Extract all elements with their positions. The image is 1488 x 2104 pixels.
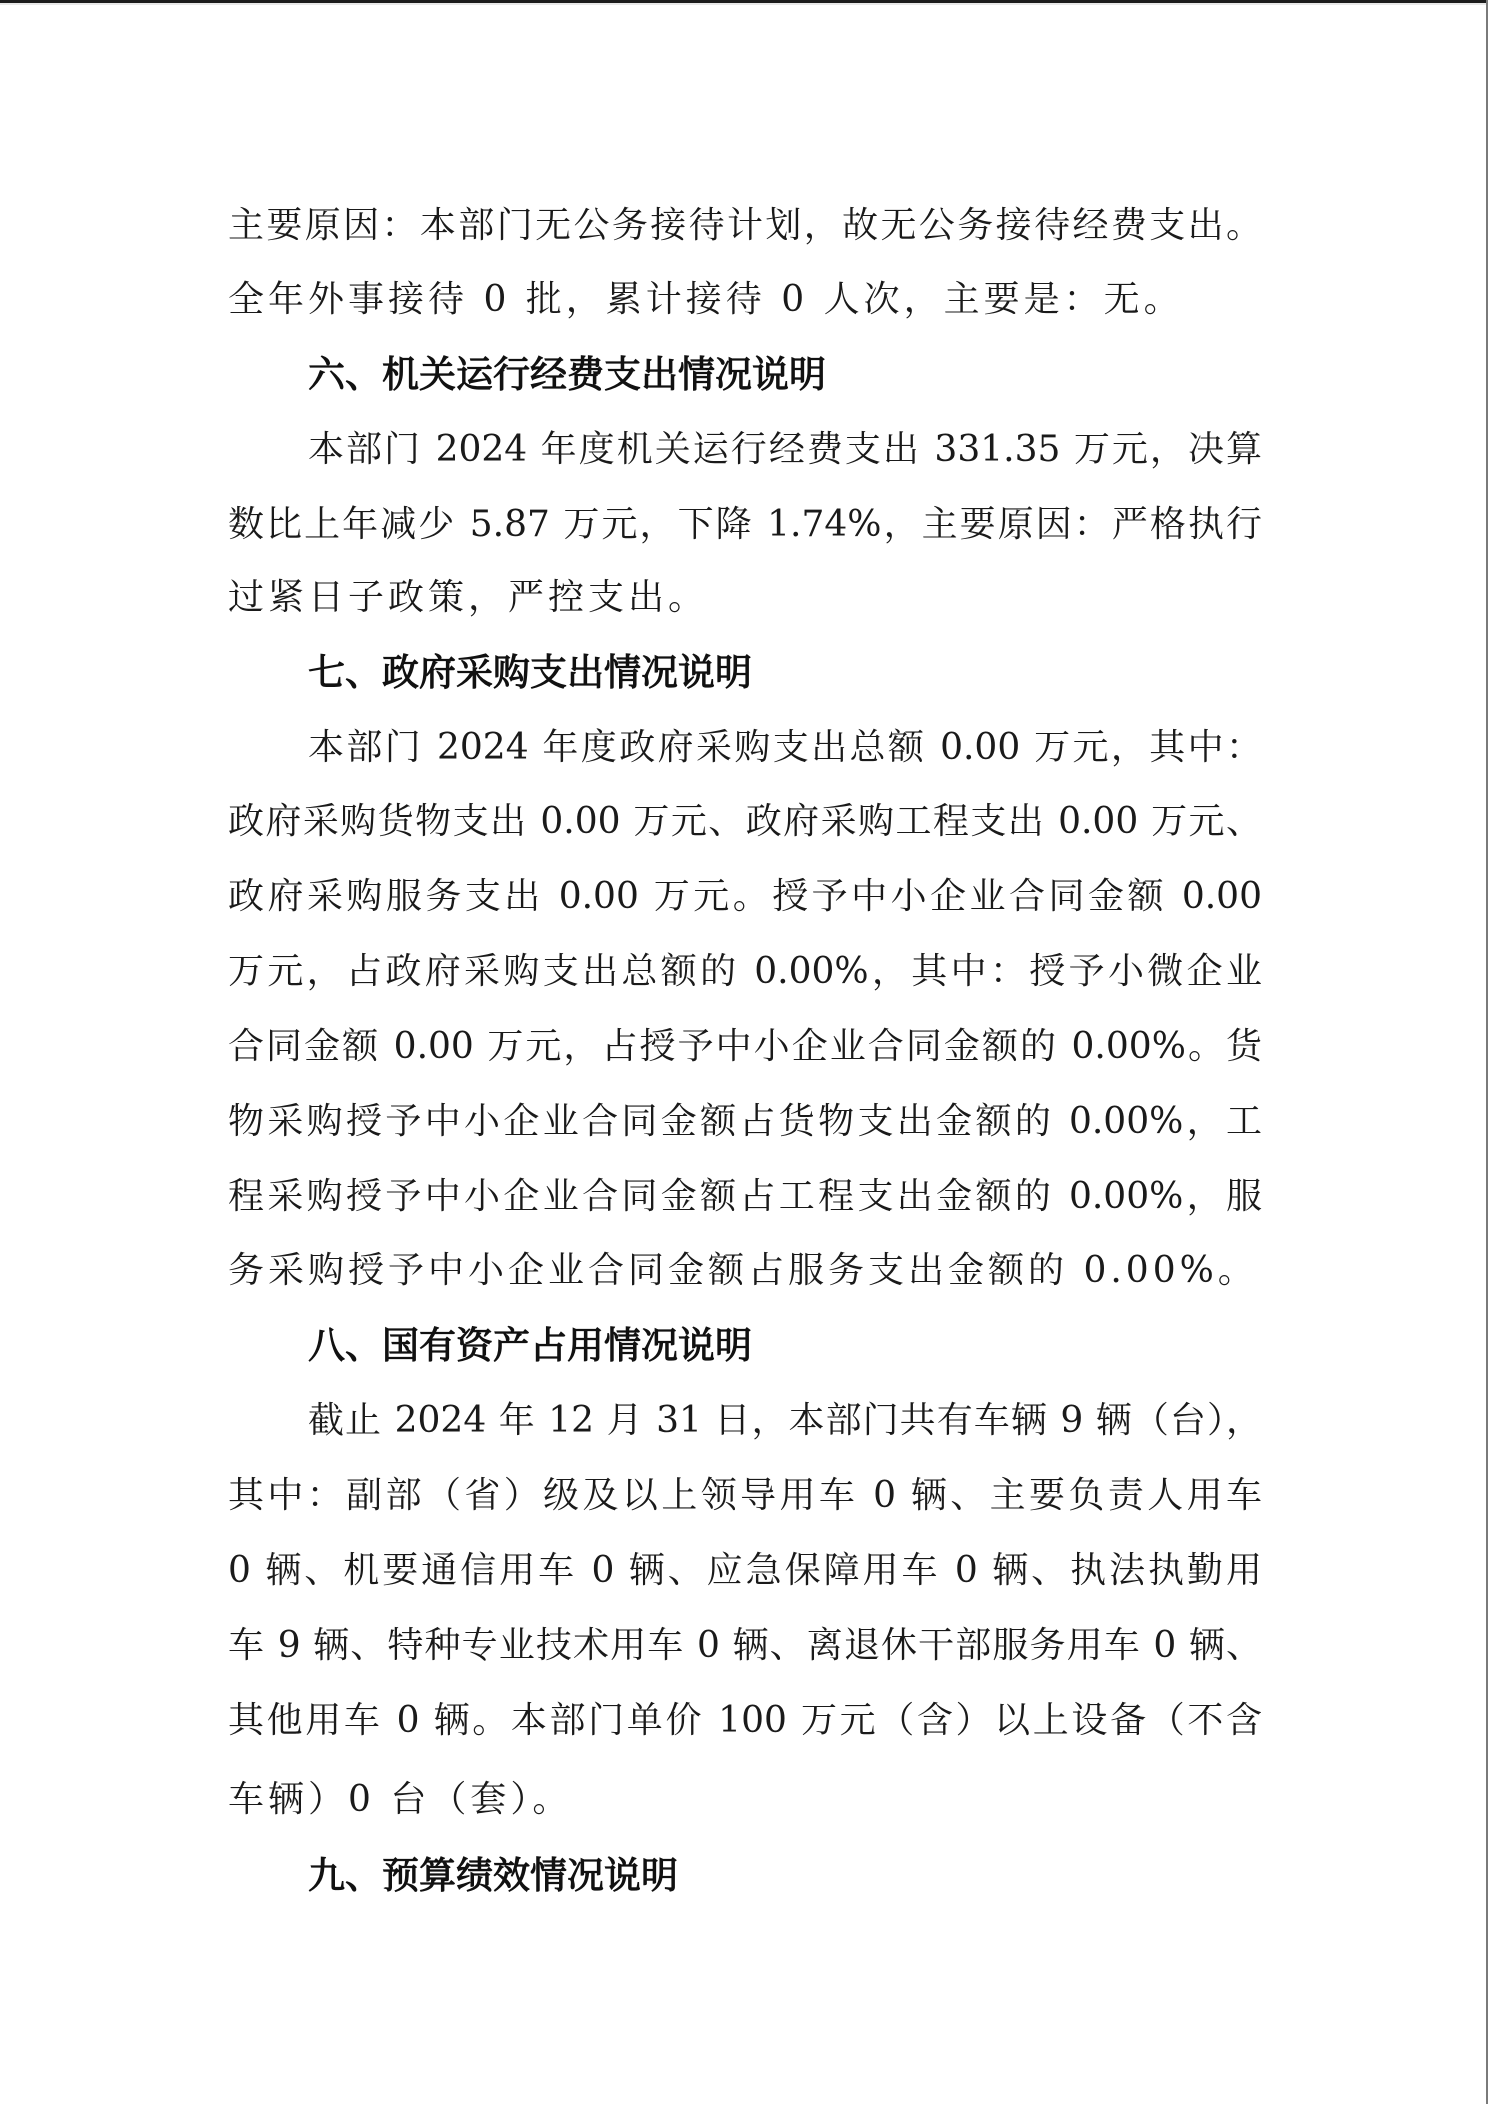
paragraph-line: 车 9 辆、特种专业技术用车 0 辆、离退休干部服务用车 0 辆、 bbox=[228, 1621, 1262, 1671]
paragraph-line: 政府采购货物支出 0.00 万元、政府采购工程支出 0.00 万元、 bbox=[228, 797, 1262, 847]
page-top-border-shadow bbox=[0, 3, 1488, 5]
paragraph-line: 过紧日子政策，严控支出。 bbox=[228, 573, 1262, 623]
paragraph-line: 物采购授予中小企业合同金额占货物支出金额的 0.00%，工 bbox=[228, 1097, 1262, 1147]
paragraph-line: 本部门 2024 年度政府采购支出总额 0.00 万元，其中： bbox=[308, 723, 1262, 773]
section-heading-8: 八、国有资产占用情况说明 bbox=[308, 1321, 752, 1371]
section-heading-9: 九、预算绩效情况说明 bbox=[308, 1851, 678, 1901]
paragraph-line: 车辆）0 台（套）。 bbox=[228, 1775, 1262, 1825]
section-heading-7: 七、政府采购支出情况说明 bbox=[308, 648, 752, 698]
paragraph-line: 本部门 2024 年度机关运行经费支出 331.35 万元，决算 bbox=[308, 425, 1262, 475]
section-heading-6: 六、机关运行经费支出情况说明 bbox=[308, 350, 826, 400]
paragraph-line: 主要原因：本部门无公务接待计划，故无公务接待经费支出。 bbox=[228, 201, 1262, 251]
paragraph-line: 合同金额 0.00 万元，占授予中小企业合同金额的 0.00%。货 bbox=[228, 1022, 1262, 1072]
paragraph-line: 其中：副部（省）级及以上领导用车 0 辆、主要负责人用车 bbox=[228, 1471, 1262, 1521]
paragraph-line: 0 辆、机要通信用车 0 辆、应急保障用车 0 辆、执法执勤用 bbox=[228, 1546, 1262, 1596]
paragraph-line: 政府采购服务支出 0.00 万元。授予中小企业合同金额 0.00 bbox=[228, 872, 1262, 922]
paragraph-line: 全年外事接待 0 批，累计接待 0 人次，主要是：无。 bbox=[228, 275, 1262, 325]
paragraph-line: 截止 2024 年 12 月 31 日，本部门共有车辆 9 辆（台）， bbox=[308, 1396, 1262, 1446]
paragraph-line: 万元，占政府采购支出总额的 0.00%，其中：授予小微企业 bbox=[228, 947, 1262, 997]
paragraph-line: 务采购授予中小企业合同金额占服务支出金额的 0.00%。 bbox=[228, 1246, 1262, 1296]
paragraph-line: 程采购授予中小企业合同金额占工程支出金额的 0.00%，服 bbox=[228, 1172, 1262, 1222]
paragraph-line: 其他用车 0 辆。本部门单价 100 万元（含）以上设备（不含 bbox=[228, 1696, 1262, 1746]
paragraph-line: 数比上年减少 5.87 万元，下降 1.74%，主要原因：严格执行 bbox=[228, 500, 1262, 550]
